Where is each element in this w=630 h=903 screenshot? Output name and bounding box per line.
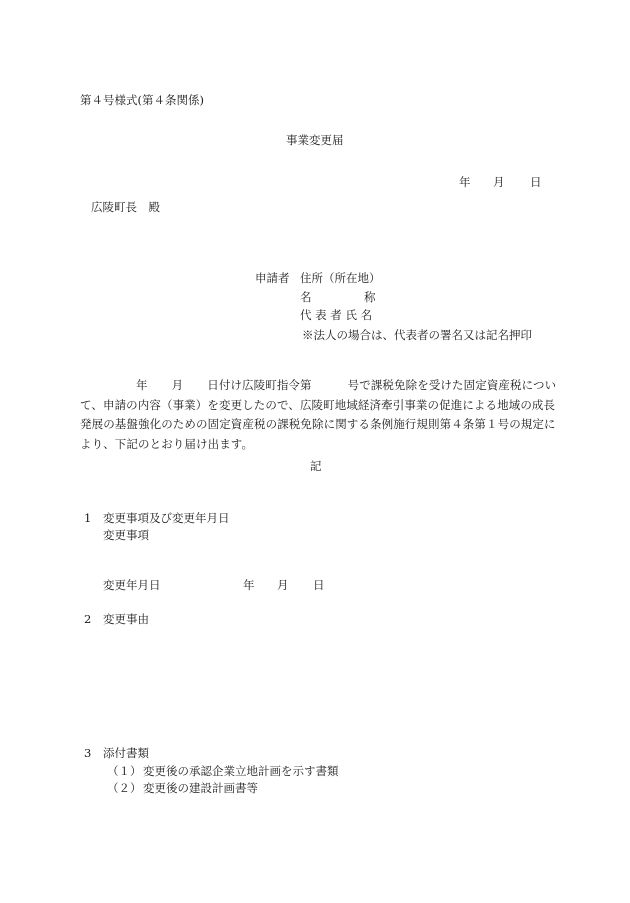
section-1-day-label: 日 [313, 580, 325, 592]
applicant-label: 申請者 [255, 273, 290, 285]
body-paragraph: 年月日付け広陵町指令第号で課税免除を受けた固定資産税について、申請の内容（事業）… [80, 376, 558, 454]
section-1-change-date-label: 変更年月日 [103, 580, 161, 592]
attachment-2-text: 変更後の建設計画書等 [143, 783, 258, 795]
date-month-label: 月 [493, 177, 505, 189]
applicant-representative-label: 代 表 者 氏 名 [300, 310, 372, 322]
section-3-title: 添付書類 [103, 748, 149, 760]
body-text-1: 日付け広陵町指令第 [207, 378, 311, 392]
body-month-label: 月 [172, 378, 184, 392]
attachment-1-text: 変更後の承認企業立地計画を示す書類 [143, 766, 339, 778]
section-1-title: 変更事項及び変更年月日 [103, 513, 230, 525]
applicant-note: ※法人の場合は、代表者の署名又は記名押印 [302, 330, 532, 342]
section-1-year-label: 年 [243, 580, 255, 592]
section-1-number: 1 [84, 513, 91, 525]
addressee: 広陵町長 殿 [91, 202, 160, 214]
section-2-number: 2 [84, 614, 91, 626]
section-2-title: 変更事由 [103, 614, 149, 626]
attachment-1-number: （１） [107, 766, 142, 778]
section-1-month-label: 月 [277, 580, 289, 592]
applicant-name-label-2: 称 [364, 292, 376, 304]
section-1-change-item-label: 変更事項 [103, 530, 149, 542]
applicant-address-label: 住所（所在地） [300, 273, 381, 285]
attachment-2-number: （２） [107, 783, 142, 795]
date-year-label: 年 [459, 177, 471, 189]
form-number: 第４号様式(第４条関係) [80, 95, 204, 107]
date-day-label: 日 [530, 177, 542, 189]
body-text-2: 号で課税免除を受けた固定資産税について、申請の内容（事業）を変更したので、広陵町… [80, 378, 556, 451]
ki-heading: 記 [310, 461, 322, 473]
applicant-name-label-1: 名 [300, 292, 312, 304]
section-3-number: 3 [84, 748, 91, 760]
document-title: 事業変更届 [286, 135, 344, 147]
body-year-label: 年 [136, 378, 148, 392]
